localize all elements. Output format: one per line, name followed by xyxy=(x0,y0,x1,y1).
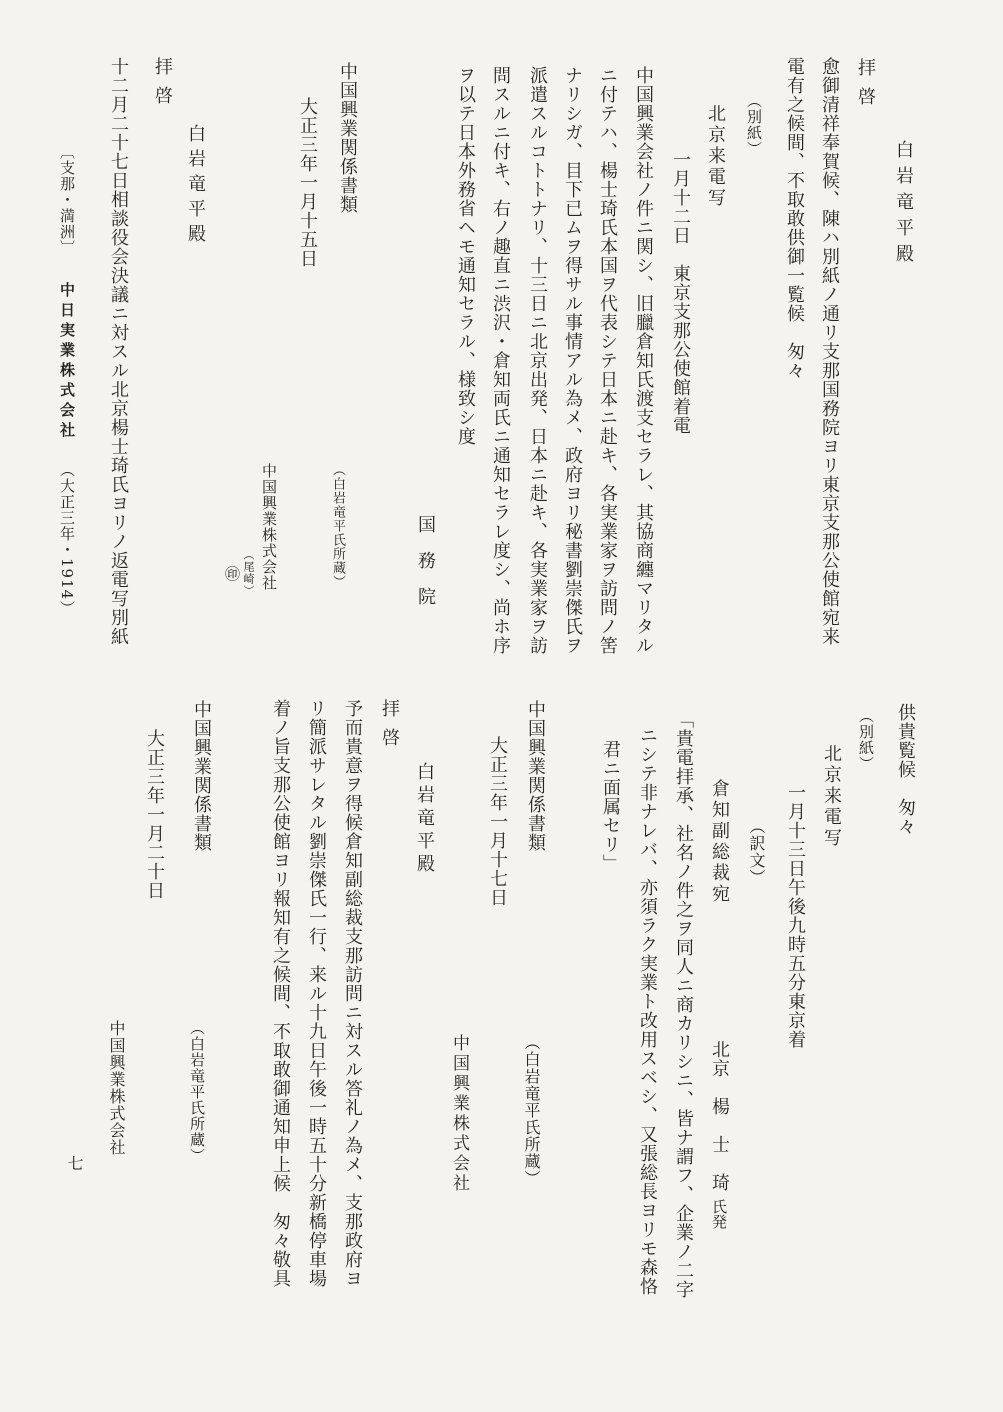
telegram-body-line: ニ付テハ、楊士琦氏本国ヲ代表シテ日本ニ赴キ、各実業家ヲ訪問ノ筈 xyxy=(598,66,616,655)
letter-body-line: リ簡派サレタル劉崇傑氏一行、来ル十九日午後一時五十分新橋停車場 xyxy=(307,699,325,1288)
citation-owner: （白岩竜平氏所蔵） xyxy=(189,1020,204,1164)
telegram-body-line: 派遣スルコトトナリ、十三日ニ北京出発、日本ニ赴キ、各実業家ヲ訪 xyxy=(528,66,546,655)
telegram-origin-name: 北京 楊 士 琦 xyxy=(709,1040,730,1192)
telegram-body-line: 君ニ面属セリ」 xyxy=(601,740,619,873)
telegram-body-line: ナリシガ、目下已ムヲ得サル事情アル為メ、政府ヨリ秘書劉崇傑氏ヲ xyxy=(563,66,581,655)
letter-body-line: 予而貴意ヲ得候倉知副総裁支那訪問ニ対スル答礼ノ為メ、支那政府ヨ xyxy=(343,699,361,1288)
telegram-dateline: 一月十三日午後九時五分東京着 xyxy=(786,783,804,1049)
telegram-body-line: 問スルニ付キ、右ノ趣直ニ渋沢・倉知両氏ニ通知セラレ度シ、尚ホ序 xyxy=(491,66,509,655)
citation-title: 中国興業関係書類 xyxy=(192,700,210,852)
entry-date: 大正三年一月十七日 xyxy=(488,736,506,907)
sender-company: 中国興業株式会社 xyxy=(108,1020,124,1156)
sender-company: 中国興業株式会社 xyxy=(261,463,276,591)
seal-icon: ㊞ xyxy=(224,566,239,582)
telegram-title: 北京来電写 xyxy=(822,744,840,849)
sender-company: 中国興業株式会社 xyxy=(450,1034,467,1194)
letter-body-line: 着ノ旨支那公使館ヨリ報知有之候間、不取敢御通知申上候 匆々敬具 xyxy=(271,699,289,1288)
telegram-body-line: ニシテ非ナレバ、亦須ラク実業ト改用スベシ、又張総長ヨリモ森恪 xyxy=(638,726,656,1296)
citation-title: 中国興業関係書類 xyxy=(338,62,356,214)
recipient-name: 白岩竜平殿 xyxy=(415,762,433,877)
running-header-region: 〔支那・満洲〕 xyxy=(58,144,76,256)
telegram-addressee: 倉知副総裁宛 xyxy=(710,779,728,905)
telegram-body-line: 中国興業会社ノ件ニ関シ、旧臘倉知氏渡支セラレ、其協商纏マリタル xyxy=(634,66,652,655)
entry-date: 大正三年一月十五日 xyxy=(298,97,316,268)
citation-owner: （白岩竜平氏所蔵） xyxy=(331,463,344,589)
salutation: 拝啓 xyxy=(380,699,398,757)
letter-body-line: 十二月二十七日相談役会決議ニ対スル北京楊士琦氏ヨリノ返電写別紙 xyxy=(109,57,127,646)
letter-body-line: 愈御清祥奉賀候、陳ハ別紙ノ通リ支那国務院ヨリ東京支那公使館宛来 xyxy=(820,57,838,646)
telegram-title: 北京来電写 xyxy=(706,104,724,209)
attachment-label: （別紙） xyxy=(746,93,761,157)
recipient-name: 白岩竜平殿 xyxy=(894,140,912,270)
translation-label: （訳文） xyxy=(748,818,764,886)
running-header-year: （大正三年・1914） xyxy=(58,462,76,616)
letter-body-line: 電有之候間、不取敢供御一覧候 匆々 xyxy=(785,57,803,380)
attachment-label: （別紙） xyxy=(858,708,873,772)
running-header-company: 中日実業株式会社 xyxy=(58,282,76,442)
telegram-origin-suffix: 氏発 xyxy=(710,1199,728,1229)
telegram-body-line: 「貴電拝承、社名ノ件之ヲ同人ニ商カリシニ、皆ナ謂フ、企業ノ二字 xyxy=(674,710,692,1299)
letter-closing: 供貴覧候 匆々 xyxy=(896,703,914,836)
salutation: 拝啓 xyxy=(856,58,874,116)
citation-owner: （白岩竜平氏所蔵） xyxy=(523,1034,539,1187)
citation-title: 中国興業関係書類 xyxy=(526,700,544,852)
running-header: 〔支那・満洲〕 中日実業株式会社 （大正三年・1914） xyxy=(59,144,74,616)
document-page: 白岩竜平殿 拝啓 愈御清祥奉賀候、陳ハ別紙ノ通リ支那国務院ヨリ東京支那公使館宛来… xyxy=(0,0,1003,1412)
entry-date: 大正三年一月二十日 xyxy=(145,729,163,900)
page-number: 七 xyxy=(66,1155,82,1172)
telegram-sender: 国務院 xyxy=(416,515,434,623)
telegram-body-line: ヲ以テ日本外務省ヘモ通知セラル、様致シ度 xyxy=(456,66,474,446)
telegram-dateline: 一月十二日 東京支那公使館着電 xyxy=(671,150,689,435)
recipient-name: 白岩竜平殿 xyxy=(186,124,204,249)
telegram-origin: 北京 楊 士 琦 氏発 xyxy=(710,1040,728,1229)
sender-note: （尾崎） xyxy=(243,549,254,597)
salutation: 拝啓 xyxy=(153,57,171,115)
